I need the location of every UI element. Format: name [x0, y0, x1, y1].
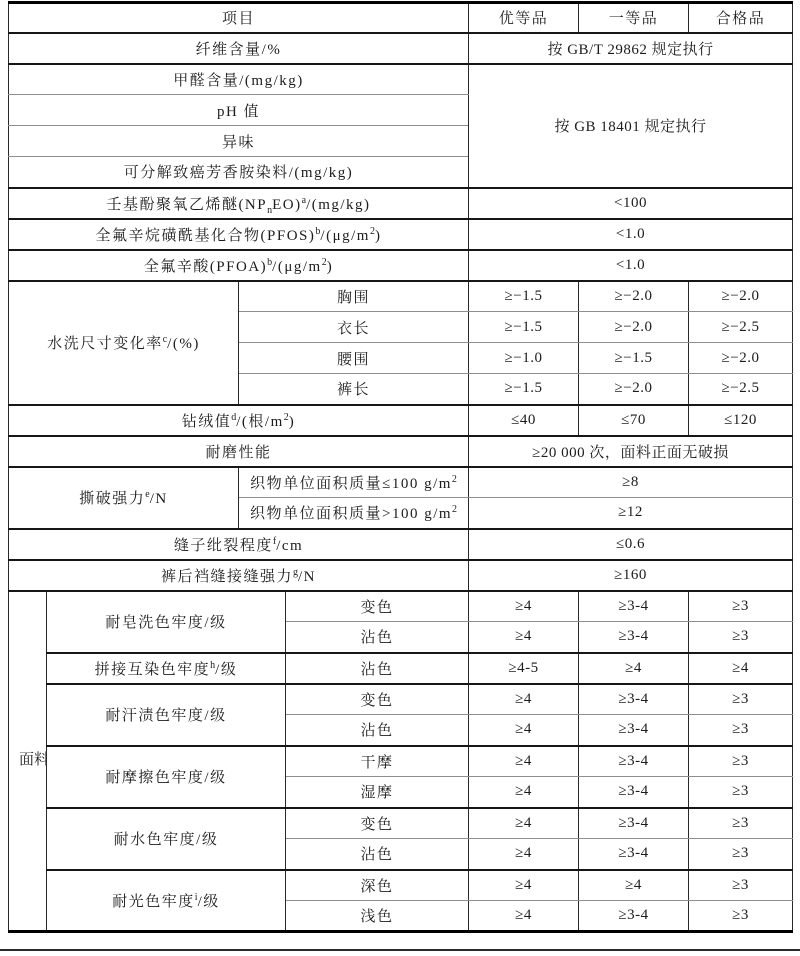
fastness-label-soap-washing: 耐皂洗色牢度/级 [47, 591, 286, 653]
table-container: 项目 优等品 一等品 合格品 纤维含量/% 按 GB/T 29862 规定执行 … [8, 1, 793, 933]
table-row: 拼接互染色牢度h/级 沾色 ≥4-5 ≥4 ≥4 [9, 653, 793, 684]
grade-value-cell: ≥−1.5 [579, 343, 689, 374]
table-row: 全氟辛烷磺酰基化合物(PFOS)b/(μg/m2) <1.0 [9, 219, 793, 250]
grade-value-cell: ≤40 [469, 405, 579, 436]
grade-value-cell: ≥3-4 [579, 622, 689, 653]
fastness-label-perspiration: 耐汗渍色牢度/级 [47, 684, 286, 746]
grade-value-cell: ≥4 [469, 715, 579, 746]
section-label-fabric-color-fastness: 面料色牢度 [9, 591, 47, 932]
row-label-odor: 异味 [9, 126, 469, 157]
table-row: 耐摩擦色牢度/级 干摩 ≥4 ≥3-4 ≥3 [9, 746, 793, 777]
grade-value-cell: ≥3-4 [579, 746, 689, 777]
table-row: 耐水色牢度/级 变色 ≥4 ≥3-4 ≥3 [9, 808, 793, 839]
grade-value-cell: ≥3-4 [579, 901, 689, 932]
table-row: 水洗尺寸变化率c/(%) 胸围 ≥−1.5 ≥−2.0 ≥−2.0 [9, 281, 793, 312]
condition-cell: 沾色 [286, 715, 469, 746]
grade-value-cell: ≥4 [469, 870, 579, 901]
condition-cell: 深色 [286, 870, 469, 901]
page-bottom-rule [0, 949, 800, 951]
condition-cell: 沾色 [286, 653, 469, 684]
grade-value-cell: ≥4 [469, 777, 579, 808]
shrink-item-garment-length: 衣长 [239, 312, 469, 343]
fastness-label-splice-staining: 拼接互染色牢度h/级 [47, 653, 286, 684]
row-label-aromatic-amine: 可分解致癌芳香胺染料/(mg/kg) [9, 157, 469, 188]
grade-value-cell: ≥−2.5 [689, 374, 793, 405]
row-label-npeo: 壬基酚聚氧乙烯醚(NPnEO)a/(mg/kg) [9, 188, 469, 219]
table-row: 壬基酚聚氧乙烯醚(NPnEO)a/(mg/kg) <100 [9, 188, 793, 219]
row-label-pfoa: 全氟辛酸(PFOA)b/(μg/m2) [9, 250, 469, 281]
col-header-premium: 优等品 [469, 3, 579, 33]
npeo-value: <100 [469, 188, 793, 219]
grade-value-cell: ≥4 [469, 746, 579, 777]
condition-cell: 浅色 [286, 901, 469, 932]
condition-cell: 沾色 [286, 839, 469, 870]
table-row: 甲醛含量/(mg/kg) 按 GB 18401 规定执行 [9, 64, 793, 95]
crotch-seam-value: ≥160 [469, 560, 793, 591]
grade-value-cell: ≥−1.5 [469, 312, 579, 343]
shrink-item-chest: 胸围 [239, 281, 469, 312]
tear-le100-value: ≥8 [469, 467, 793, 498]
fiber-content-value: 按 GB/T 29862 规定执行 [469, 33, 793, 64]
row-label-fiber-content: 纤维含量/% [9, 33, 469, 64]
table-row: 撕破强力e/N 织物单位面积质量≤100 g/m2 ≥8 [9, 467, 793, 498]
shrink-item-pants-length: 裤长 [239, 374, 469, 405]
table-row: 耐汗渍色牢度/级 变色 ≥4 ≥3-4 ≥3 [9, 684, 793, 715]
table-row: 面料色牢度 耐皂洗色牢度/级 变色 ≥4 ≥3-4 ≥3 [9, 591, 793, 622]
grade-value-cell: ≥3 [689, 808, 793, 839]
header-row: 项目 优等品 一等品 合格品 [9, 3, 793, 33]
grade-value-cell: ≥3-4 [579, 684, 689, 715]
grade-value-cell: ≥3 [689, 839, 793, 870]
grade-value-cell: ≥3-4 [579, 715, 689, 746]
grade-value-cell: ≥4 [689, 653, 793, 684]
col-header-item: 项目 [9, 3, 469, 33]
fastness-label-light: 耐光色牢度i/级 [47, 870, 286, 932]
grade-value-cell: ≥3 [689, 777, 793, 808]
vertical-label-text: 面料色牢度 [19, 743, 36, 778]
grade-value-cell: ≥4 [469, 591, 579, 622]
grade-value-cell: ≥3 [689, 870, 793, 901]
condition-cell: 变色 [286, 684, 469, 715]
condition-cell: 干摩 [286, 746, 469, 777]
grade-value-cell: ≥3 [689, 746, 793, 777]
table-row: 耐磨性能 ≥20 000 次，面料正面无破损 [9, 436, 793, 467]
row-label-seam-slippage: 缝子纰裂程度f/cm [9, 529, 469, 560]
fastness-label-rubbing: 耐摩擦色牢度/级 [47, 746, 286, 808]
grade-value-cell: ≥−2.0 [579, 281, 689, 312]
gb18401-merged-value: 按 GB 18401 规定执行 [469, 64, 793, 188]
grade-value-cell: ≥3 [689, 901, 793, 932]
condition-cell: 变色 [286, 591, 469, 622]
row-label-down-proof: 钻绒值d/(根/m2) [9, 405, 469, 436]
row-label-crotch-seam: 裤后裆缝接缝强力g/N [9, 560, 469, 591]
grade-spec-table: 项目 优等品 一等品 合格品 纤维含量/% 按 GB/T 29862 规定执行 … [8, 1, 793, 933]
grade-value-cell: ≥3 [689, 684, 793, 715]
abrasion-value: ≥20 000 次，面料正面无破损 [469, 436, 793, 467]
grade-value-cell: ≥4 [469, 901, 579, 932]
condition-cell: 沾色 [286, 622, 469, 653]
row-label-wash-shrinkage: 水洗尺寸变化率c/(%) [9, 281, 239, 405]
pfos-value: <1.0 [469, 219, 793, 250]
grade-value-cell: ≥−2.0 [689, 281, 793, 312]
grade-value-cell: ≥−1.5 [469, 374, 579, 405]
row-label-formaldehyde: 甲醛含量/(mg/kg) [9, 64, 469, 95]
col-header-qualified: 合格品 [689, 3, 793, 33]
condition-cell: 变色 [286, 808, 469, 839]
grade-value-cell: ≥3 [689, 715, 793, 746]
grade-value-cell: ≤70 [579, 405, 689, 436]
condition-cell: 湿摩 [286, 777, 469, 808]
table-row: 纤维含量/% 按 GB/T 29862 规定执行 [9, 33, 793, 64]
grade-value-cell: ≥3-4 [579, 591, 689, 622]
grade-value-cell: ≤120 [689, 405, 793, 436]
tear-gt100-value: ≥12 [469, 498, 793, 529]
grade-value-cell: ≥−1.5 [469, 281, 579, 312]
pfoa-value: <1.0 [469, 250, 793, 281]
row-label-abrasion: 耐磨性能 [9, 436, 469, 467]
grade-value-cell: ≥4-5 [469, 653, 579, 684]
grade-value-cell: ≥4 [469, 684, 579, 715]
table-row: 裤后裆缝接缝强力g/N ≥160 [9, 560, 793, 591]
grade-value-cell: ≥3-4 [579, 777, 689, 808]
col-header-first: 一等品 [579, 3, 689, 33]
shrink-item-waist: 腰围 [239, 343, 469, 374]
row-label-ph: pH 值 [9, 95, 469, 126]
grade-value-cell: ≥4 [469, 622, 579, 653]
grade-value-cell: ≥−1.0 [469, 343, 579, 374]
grade-value-cell: ≥4 [579, 653, 689, 684]
row-label-tear-strength: 撕破强力e/N [9, 467, 239, 529]
grade-value-cell: ≥−2.0 [579, 312, 689, 343]
grade-value-cell: ≥−2.5 [689, 312, 793, 343]
grade-value-cell: ≥−2.0 [689, 343, 793, 374]
table-row: 缝子纰裂程度f/cm ≤0.6 [9, 529, 793, 560]
grade-value-cell: ≥4 [469, 808, 579, 839]
tear-item-gt100: 织物单位面积质量>100 g/m2 [239, 498, 469, 529]
grade-value-cell: ≥3 [689, 591, 793, 622]
table-row: 钻绒值d/(根/m2) ≤40 ≤70 ≤120 [9, 405, 793, 436]
grade-value-cell: ≥4 [579, 870, 689, 901]
row-label-pfos: 全氟辛烷磺酰基化合物(PFOS)b/(μg/m2) [9, 219, 469, 250]
fastness-label-water: 耐水色牢度/级 [47, 808, 286, 870]
grade-value-cell: ≥3 [689, 622, 793, 653]
grade-value-cell: ≥3-4 [579, 839, 689, 870]
grade-value-cell: ≥4 [469, 839, 579, 870]
table-row: 耐光色牢度i/级 深色 ≥4 ≥4 ≥3 [9, 870, 793, 901]
table-row: 全氟辛酸(PFOA)b/(μg/m2) <1.0 [9, 250, 793, 281]
seam-slippage-value: ≤0.6 [469, 529, 793, 560]
grade-value-cell: ≥−2.0 [579, 374, 689, 405]
tear-item-le100: 织物单位面积质量≤100 g/m2 [239, 467, 469, 498]
grade-value-cell: ≥3-4 [579, 808, 689, 839]
